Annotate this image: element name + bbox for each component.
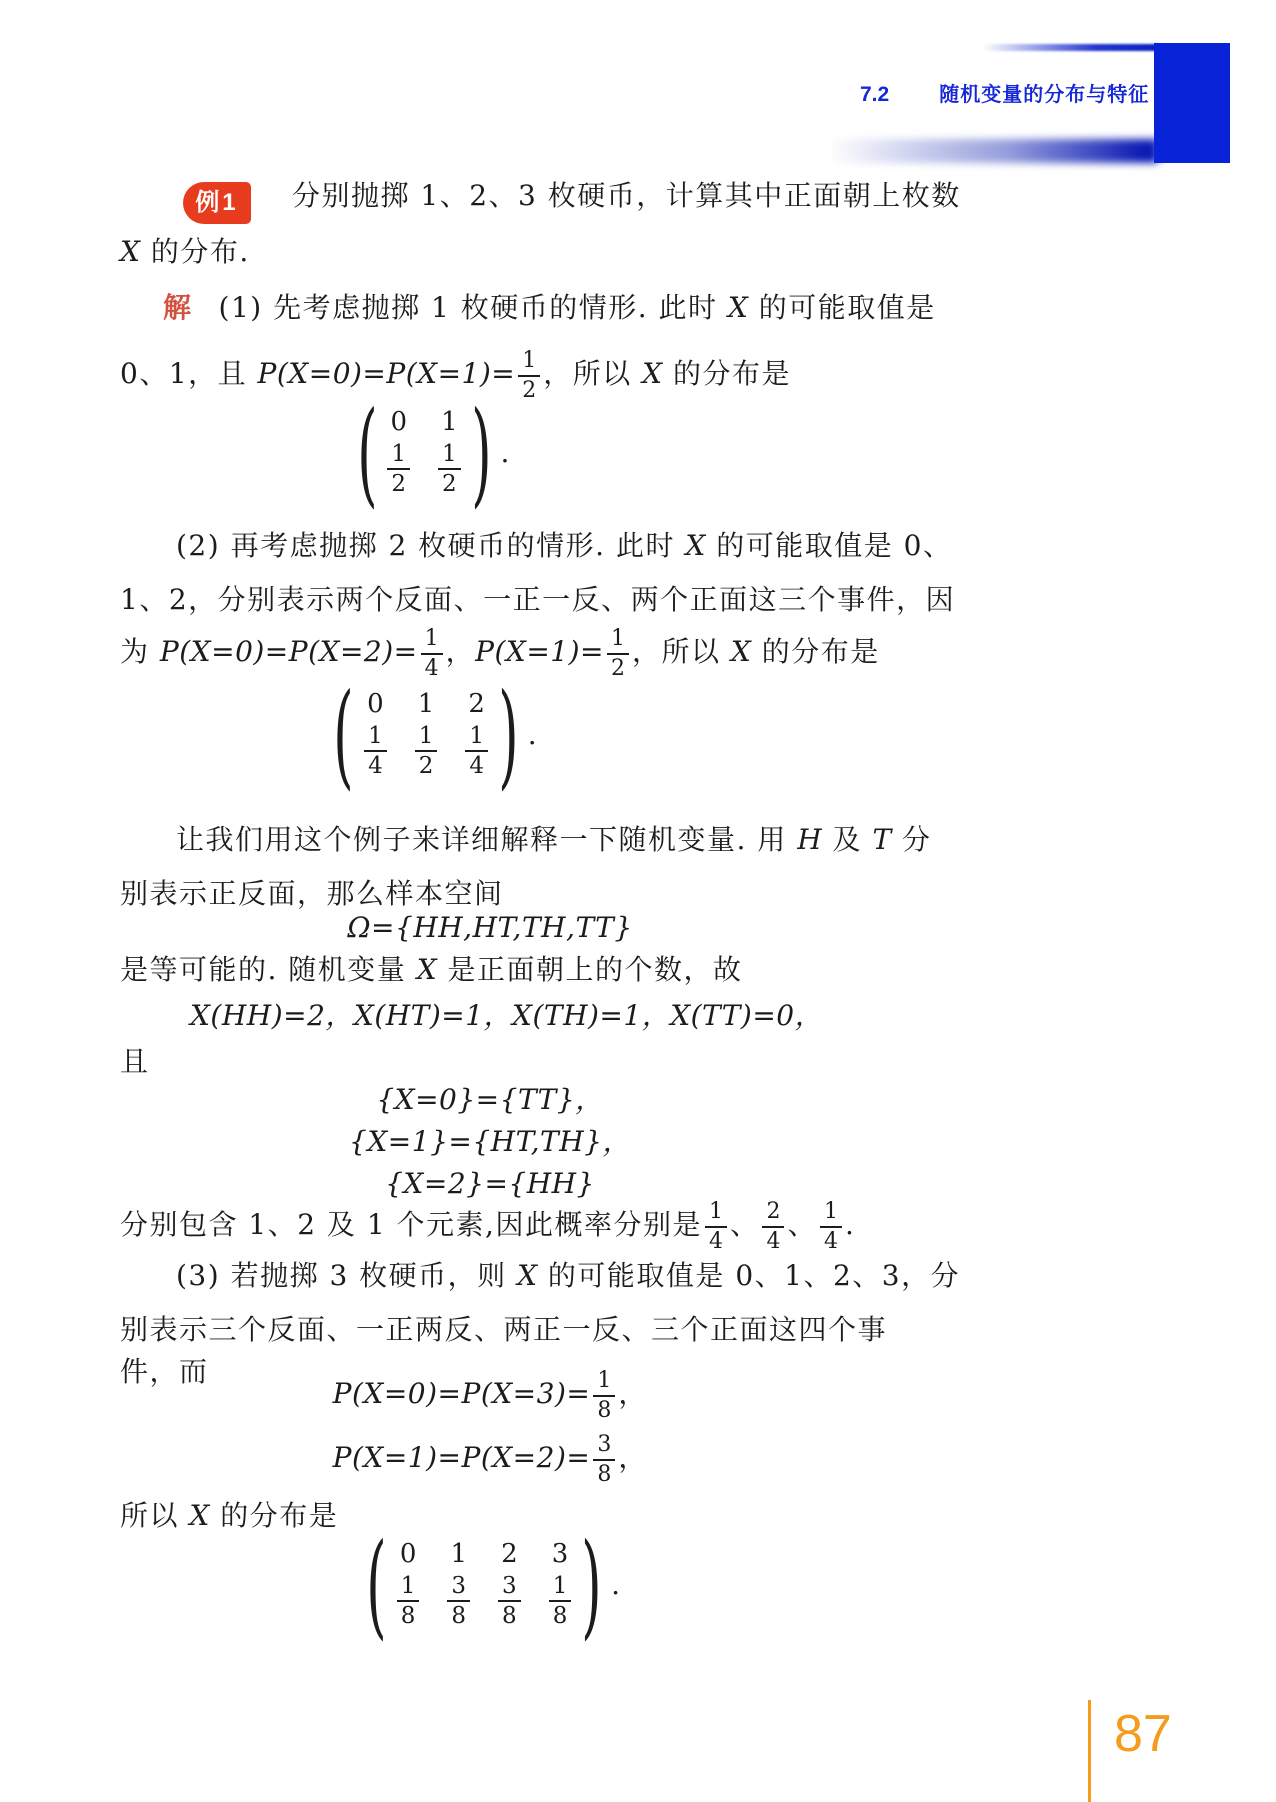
math-var: X (642, 357, 662, 390)
fraction: 14 (421, 626, 443, 681)
matrix-value: 3 (552, 1540, 569, 1568)
denominator: 8 (498, 1602, 521, 1629)
math-var: X (417, 953, 437, 986)
math-expression: P(X=1)=P(X=2)= (333, 1441, 591, 1474)
text-run: 让我们用这个例子来详细解释一下随机变量. 用 (176, 823, 797, 856)
discussion-line4: 且 (120, 1042, 962, 1082)
fraction: 38 (498, 1573, 521, 1630)
solution-step3-line4: 所以 X 的分布是 (120, 1496, 962, 1536)
text-run: 的分布是 (663, 357, 791, 390)
math-var: X (189, 1499, 209, 1532)
solution-step2-line3: 为 P(X=0)=P(X=2)=14，P(X=1)=12，所以 X 的分布是 (120, 612, 962, 692)
denominator: 8 (593, 1397, 615, 1423)
solution-step3-line1: (3) 若抛掷 3 枚硬币，则 X 的可能取值是 0、1、2、3，分 (120, 1256, 962, 1296)
textbook-page: 7.2随机变量的分布与特征 例1 分别抛掷 1、2、3 枚硬币，计算其中正面朝上… (0, 0, 1276, 1802)
text-run: ，所以 (632, 635, 731, 668)
fraction: 12 (387, 441, 410, 498)
left-paren: ( (334, 678, 354, 791)
denominator: 2 (518, 377, 540, 403)
probability-equation-1: P(X=0)=P(X=3)=18， (120, 1360, 860, 1428)
right-paren: ) (582, 1528, 602, 1641)
math-expression: P(X=0)=P(X=3)= (333, 1377, 591, 1410)
math-expression: P(X=1)= (475, 635, 604, 668)
discussion-line5: 分别包含 1、2 及 1 个元素,因此概率分别是14、24、14. (120, 1192, 962, 1258)
page-number: 87 (1114, 1704, 1172, 1764)
numerator: 3 (447, 1573, 470, 1602)
denominator: 4 (465, 752, 488, 779)
matrix-column: 2 14 (465, 690, 488, 780)
denominator: 2 (415, 752, 438, 779)
numerator: 1 (705, 1199, 727, 1227)
denominator: 4 (762, 1228, 784, 1254)
text-run: 的可能取值是 (748, 291, 935, 324)
text-run: 0、1，且 (120, 357, 258, 390)
sample-space-equation: Ω={HH,HT,TH,TT} (120, 908, 860, 948)
text-run: 是等可能的. 随机变量 (120, 953, 417, 986)
solution-step3-line2: 别表示三个反面、一正两反、两正一反、三个正面这四个事 (120, 1310, 962, 1350)
matrix-value: 1 (441, 408, 458, 436)
denominator: 8 (447, 1602, 470, 1629)
fraction: 12 (607, 626, 629, 681)
matrix-column: 2 38 (498, 1540, 521, 1630)
section-number: 7.2 (860, 83, 889, 106)
matrix: ( 0 18 1 38 2 38 3 18 ) (360, 1540, 620, 1630)
solution-label: 解 (163, 291, 193, 324)
matrix-column: 0 12 (387, 408, 410, 498)
matrix-value: 1 (418, 690, 435, 718)
set-equation-1: {X=0}={TT}， (120, 1080, 860, 1120)
text-run: 为 (120, 635, 160, 668)
fraction: 38 (593, 1432, 615, 1487)
numerator: 1 (518, 348, 540, 376)
matrix: ( 0 12 1 12 ) . (351, 408, 510, 498)
numerator: 1 (421, 626, 443, 654)
matrix-columns: 0 12 1 12 (387, 408, 460, 498)
text-run: ， (446, 635, 476, 668)
matrix-column: 1 38 (447, 1540, 470, 1630)
solution-step1-line1: 解(1) 先考虑抛掷 1 枚硬币的情形. 此时 X 的可能取值是 (120, 288, 962, 328)
discussion-line3: 是等可能的. 随机变量 X 是正面朝上的个数，故 (120, 950, 962, 990)
fraction: 18 (593, 1368, 615, 1423)
math-var: H (797, 823, 822, 856)
matrix-period: . (500, 436, 509, 469)
matrix-columns: 0 18 1 38 2 38 3 18 (397, 1540, 572, 1630)
math-var: X (517, 1259, 537, 1292)
denominator: 4 (421, 655, 443, 681)
math-expression: X(HH)=2，X(HT)=1，X(TH)=1，X(TT)=0， (190, 999, 823, 1032)
matrix-value: 0 (400, 1540, 417, 1568)
denominator: 2 (438, 470, 461, 497)
left-paren: ( (357, 396, 377, 509)
math-var: X (731, 635, 751, 668)
set-equation-2: {X=1}={HT,TH}， (120, 1122, 860, 1162)
text-run: 、 (787, 1208, 817, 1241)
math-expression: {X=0}={TT}， (376, 1083, 603, 1116)
text-run: 分 (892, 823, 932, 856)
math-expression: Ω={HH,HT,TH,TT} (347, 911, 632, 944)
fraction: 14 (705, 1199, 727, 1254)
denominator: 2 (607, 655, 629, 681)
text-run: (2) 再考虑抛掷 2 枚硬币的情形. 此时 (176, 529, 685, 562)
matrix-value: 2 (468, 690, 485, 718)
matrix-column: 0 18 (397, 1540, 420, 1630)
text-run: 的分布是 (751, 635, 879, 668)
text-run: (1) 先考虑抛掷 1 枚硬币的情形. 此时 (219, 291, 728, 324)
distribution-matrix-2: ( 0 14 1 12 2 14 ) . (120, 690, 744, 780)
matrix-column: 3 18 (549, 1540, 572, 1630)
header-blue-block (1154, 43, 1230, 163)
denominator: 4 (820, 1228, 842, 1254)
matrix-period: . (528, 718, 537, 751)
math-expression: P(X=0)=P(X=1)= (258, 357, 516, 390)
text-run: 的可能取值是 0、1、2、3，分 (538, 1259, 961, 1292)
matrix-column: 1 12 (415, 690, 438, 780)
numerator: 1 (397, 1573, 420, 1602)
distribution-matrix-1: ( 0 12 1 12 ) . (120, 408, 740, 498)
solution-step1-line2: 0、1，且 P(X=0)=P(X=1)=12，所以 X 的分布是 (120, 334, 962, 414)
numerator: 1 (593, 1368, 615, 1396)
numerator: 1 (364, 723, 387, 752)
math-var: X (728, 291, 748, 324)
left-paren: ( (366, 1528, 386, 1641)
text-run: 别表示三个反面、一正两反、两正一反、三个正面这四个事 (120, 1313, 887, 1346)
numerator: 1 (549, 1573, 572, 1602)
denominator: 4 (705, 1228, 727, 1254)
fraction: 18 (549, 1573, 572, 1630)
discussion-line1: 让我们用这个例子来详细解释一下随机变量. 用 H 及 T 分 (120, 820, 962, 860)
math-var: X (685, 529, 705, 562)
fraction: 14 (820, 1199, 842, 1254)
numerator: 1 (820, 1199, 842, 1227)
probability-equation-2: P(X=1)=P(X=2)=38， (120, 1424, 860, 1492)
chapter-header: 7.2随机变量的分布与特征 (860, 78, 1149, 107)
numerator: 3 (498, 1573, 521, 1602)
fraction: 12 (518, 348, 540, 403)
text-run: 分别包含 1、2 及 1 个元素,因此概率分别是 (120, 1208, 702, 1241)
fraction: 12 (415, 723, 438, 780)
denominator: 4 (364, 752, 387, 779)
fraction: 12 (438, 441, 461, 498)
numerator: 1 (607, 626, 629, 654)
text-run: 、 (730, 1208, 760, 1241)
math-expression: P(X=0)=P(X=2)= (160, 635, 418, 668)
text-run: 分别抛掷 1、2、3 枚硬币，计算其中正面朝上枚数 (292, 179, 961, 212)
matrix-column: 1 12 (438, 408, 461, 498)
right-paren: ) (498, 678, 518, 791)
text-run: ， (618, 1441, 647, 1474)
text-run: (3) 若抛掷 3 枚硬币，则 (176, 1259, 517, 1292)
matrix-value: 0 (390, 408, 407, 436)
matrix: ( 0 14 1 12 2 14 ) . (327, 690, 536, 780)
denominator: 8 (549, 1602, 572, 1629)
numerator: 1 (415, 723, 438, 752)
distribution-matrix-3: ( 0 18 1 38 2 38 3 18 ) (120, 1540, 860, 1630)
header-top-gradient-bar (982, 44, 1158, 51)
numerator: 1 (387, 441, 410, 470)
text-run: 的分布. (140, 235, 249, 268)
page-number-rule (1088, 1700, 1091, 1802)
denominator: 8 (397, 1602, 420, 1629)
text-run: ， (618, 1377, 647, 1410)
section-title: 随机变量的分布与特征 (939, 84, 1149, 106)
fraction: 18 (397, 1573, 420, 1630)
problem-line-1: 分别抛掷 1、2、3 枚硬币，计算其中正面朝上枚数 (120, 176, 962, 216)
matrix-period: . (611, 1568, 620, 1601)
header-bottom-gradient-bar (828, 139, 1158, 163)
text-run: 的可能取值是 0、 (706, 529, 953, 562)
denominator: 8 (593, 1461, 615, 1487)
problem-line-2: X 的分布. (120, 232, 962, 272)
numerator: 1 (465, 723, 488, 752)
text-run: . (845, 1208, 855, 1241)
matrix-column: 0 14 (364, 690, 387, 780)
text-run: 及 (822, 823, 872, 856)
text-run: 所以 (120, 1499, 189, 1532)
numerator: 1 (438, 441, 461, 470)
math-var: X (120, 235, 140, 268)
value-assignments-equation: X(HH)=2，X(HT)=1，X(TH)=1，X(TT)=0， (120, 996, 962, 1036)
text-run: 别表示正反面，那么样本空间 (120, 877, 504, 910)
right-paren: ) (471, 396, 491, 509)
fraction: 24 (762, 1199, 784, 1254)
text-run: ，所以 (543, 357, 642, 390)
matrix-value: 1 (450, 1540, 467, 1568)
math-expression: {X=1}={HT,TH}， (349, 1125, 631, 1158)
text-run: 是正面朝上的个数，故 (437, 953, 742, 986)
matrix-value: 0 (367, 690, 384, 718)
math-var: T (872, 823, 891, 856)
fraction: 14 (364, 723, 387, 780)
matrix-value: 2 (501, 1540, 518, 1568)
fraction: 14 (465, 723, 488, 780)
numerator: 3 (593, 1432, 615, 1460)
matrix-columns: 0 14 1 12 2 14 (364, 690, 488, 780)
fraction: 38 (447, 1573, 470, 1630)
text-run: 的分布是 (210, 1499, 338, 1532)
denominator: 2 (387, 470, 410, 497)
solution-step2-line1: (2) 再考虑抛掷 2 枚硬币的情形. 此时 X 的可能取值是 0、 (120, 526, 962, 566)
numerator: 2 (762, 1199, 784, 1227)
text-run: 且 (120, 1045, 150, 1078)
